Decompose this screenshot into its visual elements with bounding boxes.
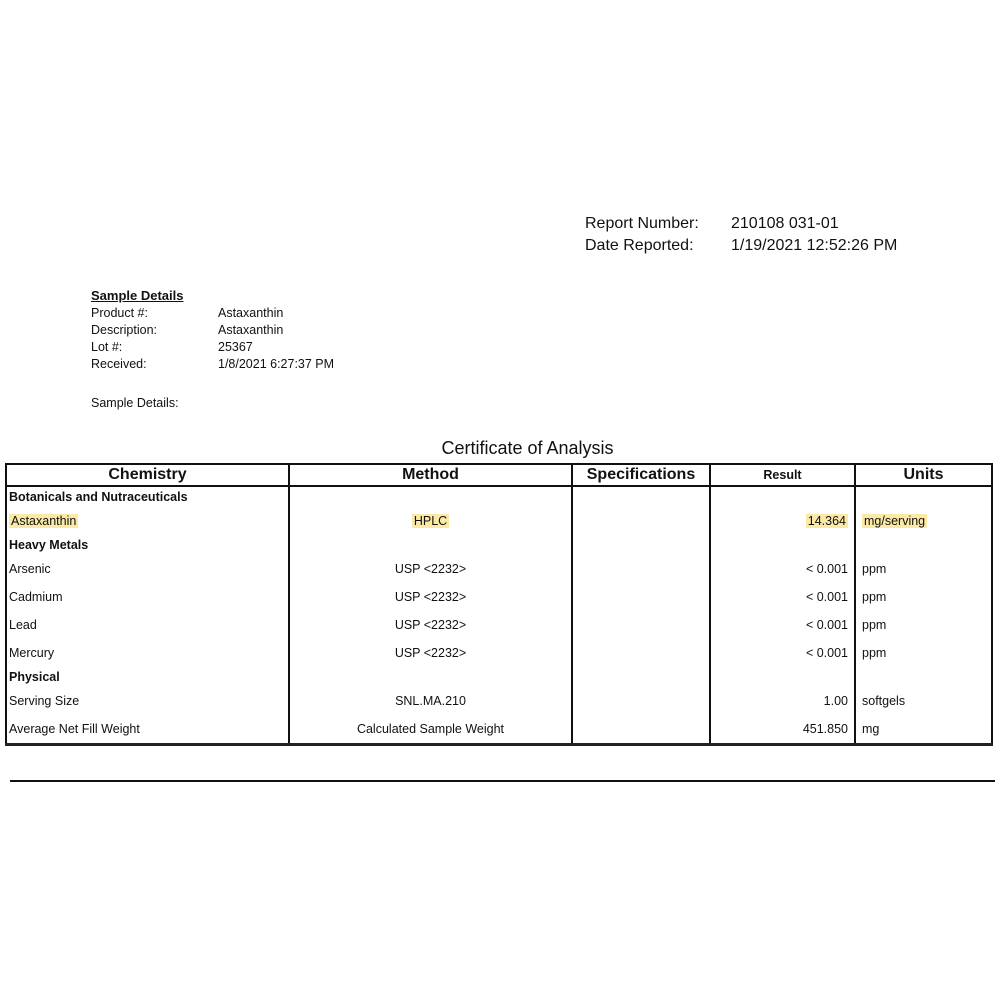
units: ppm	[855, 583, 992, 611]
result: < 0.001	[710, 583, 855, 611]
method: USP <2232>	[289, 639, 572, 667]
units: ppm	[855, 611, 992, 639]
column-header-method: Method	[289, 464, 572, 486]
table-row: Mercury USP <2232> < 0.001 ppm	[6, 639, 992, 667]
analyte-name: Average Net Fill Weight	[6, 715, 289, 745]
category-row: Botanicals and Nutraceuticals	[6, 486, 992, 507]
result: < 0.001	[710, 555, 855, 583]
table-row: Average Net Fill Weight Calculated Sampl…	[6, 715, 992, 745]
result: 14.364	[806, 514, 848, 528]
field-label: Lot #:	[91, 339, 218, 356]
category-row: Physical	[6, 667, 992, 687]
method: USP <2232>	[289, 583, 572, 611]
specification	[572, 555, 710, 583]
field-label: Product #:	[91, 305, 218, 322]
report-number-label: Report Number:	[585, 213, 731, 235]
sample-field-received: Received: 1/8/2021 6:27:37 PM	[91, 356, 334, 373]
analyte-name: Lead	[6, 611, 289, 639]
date-reported-value: 1/19/2021 12:52:26 PM	[731, 235, 897, 257]
result: 451.850	[710, 715, 855, 745]
units: mg/serving	[862, 514, 927, 528]
table-row: Arsenic USP <2232> < 0.001 ppm	[6, 555, 992, 583]
field-value: Astaxanthin	[218, 305, 283, 322]
table-row: Serving Size SNL.MA.210 1.00 softgels	[6, 687, 992, 715]
analyte-name: Cadmium	[6, 583, 289, 611]
specification	[572, 639, 710, 667]
units: mg	[855, 715, 992, 745]
sample-details-heading: Sample Details	[91, 287, 334, 304]
table-row: Astaxanthin HPLC 14.364 mg/serving	[6, 507, 992, 535]
sample-details-extra-label: Sample Details:	[91, 395, 334, 412]
report-number-value: 210108 031-01	[731, 213, 839, 235]
certificate-title: Certificate of Analysis	[0, 438, 1000, 459]
table-row: Cadmium USP <2232> < 0.001 ppm	[6, 583, 992, 611]
method: SNL.MA.210	[289, 687, 572, 715]
sample-field-product: Product #: Astaxanthin	[91, 305, 334, 322]
category-label: Heavy Metals	[6, 535, 289, 555]
report-meta: Report Number: 210108 031-01 Date Report…	[585, 213, 897, 257]
column-header-result: Result	[710, 464, 855, 486]
date-reported-label: Date Reported:	[585, 235, 731, 257]
analyte-name: Serving Size	[6, 687, 289, 715]
specification	[572, 583, 710, 611]
result: < 0.001	[710, 639, 855, 667]
date-reported-row: Date Reported: 1/19/2021 12:52:26 PM	[585, 235, 897, 257]
specification	[572, 611, 710, 639]
method: USP <2232>	[289, 555, 572, 583]
analyte-name: Astaxanthin	[9, 514, 78, 528]
category-label: Botanicals and Nutraceuticals	[6, 486, 289, 507]
sample-field-description: Description: Astaxanthin	[91, 322, 334, 339]
analyte-name: Mercury	[6, 639, 289, 667]
table-header-row: Chemistry Method Specifications Result U…	[6, 464, 992, 486]
field-value: 1/8/2021 6:27:37 PM	[218, 356, 334, 373]
specification	[572, 507, 710, 535]
field-label: Description:	[91, 322, 218, 339]
specification	[572, 715, 710, 745]
table-row: Lead USP <2232> < 0.001 ppm	[6, 611, 992, 639]
certificate-table: Chemistry Method Specifications Result U…	[5, 463, 993, 746]
sample-details: Sample Details Product #: Astaxanthin De…	[91, 287, 334, 412]
category-row: Heavy Metals	[6, 535, 992, 555]
sample-field-lot: Lot #: 25367	[91, 339, 334, 356]
units: softgels	[855, 687, 992, 715]
category-label: Physical	[6, 667, 289, 687]
method: Calculated Sample Weight	[289, 715, 572, 745]
report-number-row: Report Number: 210108 031-01	[585, 213, 897, 235]
specification	[572, 687, 710, 715]
method: HPLC	[412, 514, 449, 528]
result: < 0.001	[710, 611, 855, 639]
column-header-units: Units	[855, 464, 992, 486]
field-label: Received:	[91, 356, 218, 373]
method: USP <2232>	[289, 611, 572, 639]
column-header-specifications: Specifications	[572, 464, 710, 486]
analyte-name: Arsenic	[6, 555, 289, 583]
field-value: Astaxanthin	[218, 322, 283, 339]
result: 1.00	[710, 687, 855, 715]
units: ppm	[855, 555, 992, 583]
field-value: 25367	[218, 339, 253, 356]
bottom-divider	[10, 780, 995, 782]
units: ppm	[855, 639, 992, 667]
column-header-chemistry: Chemistry	[6, 464, 289, 486]
